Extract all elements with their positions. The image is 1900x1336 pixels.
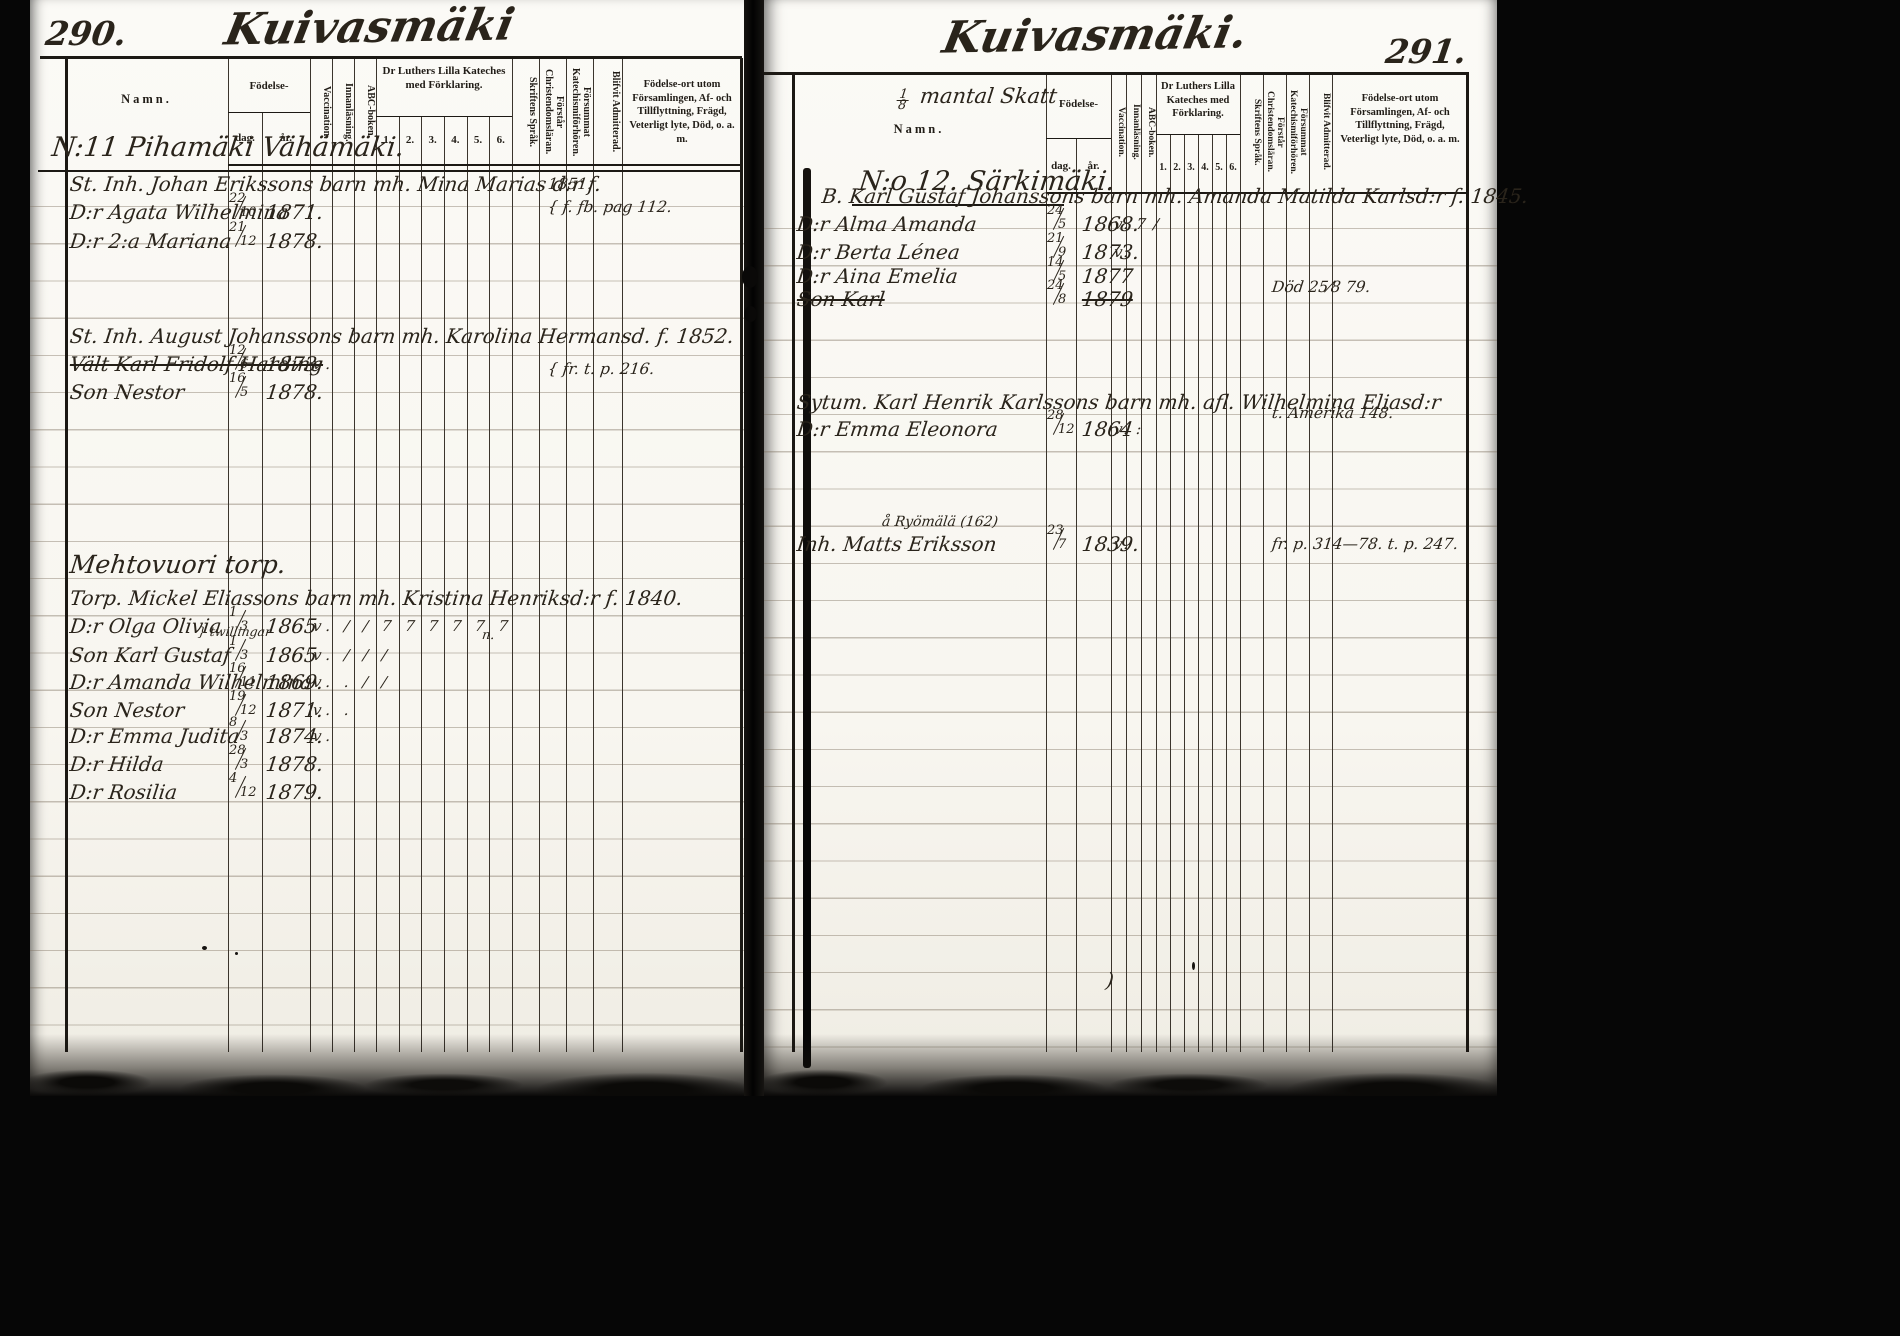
person-name: D:r Rosilia (69, 780, 179, 804)
column-header-birth: Födelse- (228, 80, 310, 92)
person-name: Son Nestor (69, 698, 186, 722)
person-name: D:r Aina Emelia (796, 264, 960, 288)
page-right: Kuivasmäki. 291. 18 mantal Skatt Namn. F… (764, 0, 1497, 1096)
table-row: Son Karl 248 1879 Död 25⁄8 79. (764, 287, 1497, 317)
page-bottom-edge (30, 1034, 744, 1096)
birth-day-fraction: 2812 (1048, 410, 1074, 438)
birth-day-fraction: 13 (230, 636, 256, 664)
person-name: Son Karl Gustaf (69, 643, 233, 667)
remark: 1851. (547, 175, 594, 193)
birth-day-fraction: 412 (230, 773, 256, 801)
birth-year: 1878. (265, 229, 325, 253)
person-name: Inh. Matts Eriksson (796, 532, 999, 556)
remark: { fr. t. p. 216. (547, 360, 656, 378)
catechism-col-2: 2. (1170, 162, 1184, 173)
table-row: St. Inh. August Johanssons barn mh. Karo… (30, 324, 744, 354)
catechism-col-6: 6. (489, 134, 512, 146)
mantal-note: 18 mantal Skatt (895, 84, 1058, 111)
title-rule (40, 56, 742, 59)
column-header-understands: Förstår Christendomsläran. (540, 62, 565, 162)
birth-day-fraction: 13 (230, 607, 256, 635)
page-title: Kuivasmäki (221, 0, 519, 56)
birth-day-fraction: 165 (230, 373, 256, 401)
person-name: D:r Emma Judita (69, 724, 242, 748)
remark: { f. fb. pag 112. (547, 198, 673, 216)
column-header-name: Namn. (65, 92, 228, 107)
column-header-reading: Innanläsning. (1127, 76, 1141, 188)
person-name: Son Karl (796, 287, 887, 311)
ink-speck (1192, 962, 1195, 970)
column-header-understands: Förstår Christendomsläran. (1264, 76, 1285, 188)
person-name: D:r Emma Eleonora (796, 417, 1000, 441)
birth-day-fraction: 2112 (230, 222, 256, 250)
binding-ink-blob (744, 306, 757, 322)
birth-day-fraction: 126 (230, 345, 256, 373)
column-header-scripture: Skriftens Språk. (513, 62, 538, 162)
catechism-col-4: 4. (1198, 162, 1212, 173)
mantal-fraction: 18 (895, 90, 910, 111)
birth-year: 1879 (1081, 287, 1135, 311)
header-bottom-rule (228, 164, 740, 166)
column-header-birth: Födelse- (1046, 98, 1111, 110)
person-name: St. Inh. Johan Erikssons barn mh. Mina M… (69, 172, 603, 196)
birth-year: 1877 (1081, 264, 1135, 288)
marks: v. / / / (312, 646, 394, 664)
table-row: D:r Alma Amanda 245 1868. v. 7 / (764, 212, 1497, 242)
page-number: 291. (1383, 32, 1469, 71)
column-header-name: Namn. (792, 122, 1046, 137)
table-row: D:r Hilda 283 1878. (30, 752, 744, 782)
birth-day-fraction: 283 (230, 745, 256, 773)
table-row: D:r Rosilia 412 1879. (30, 780, 744, 810)
table-row: D:r Amanda Wilhelmina 1611 1869. v. . / … (30, 670, 744, 700)
margin-note: å Ryömälä (162) (881, 514, 999, 530)
column-header-remarks: Födelse-ort utom Församlingen, Af- och T… (1336, 92, 1464, 147)
marks: v. . / / (312, 673, 394, 691)
birth-day-fraction: 237 (1048, 525, 1074, 553)
birth-day-fraction: 245 (1048, 205, 1074, 233)
birth-year: 1878. (265, 752, 325, 776)
table-row: B. Karl Gustaf Johanssons barn mh. Amand… (764, 184, 1497, 214)
table-row: Son Karl Gustaf 13 1865 v. / / / (30, 643, 744, 673)
marks: v. . (312, 701, 356, 719)
birth-year: 1871. (265, 200, 325, 224)
ruled-lines (764, 192, 1497, 1052)
ink-speck (235, 952, 238, 955)
table-row: D:r Emma Judita 83 1874. v. (30, 724, 744, 754)
catechism-divider (376, 116, 512, 117)
remark: fr. p. 314—78. t. p. 247. (1271, 535, 1459, 553)
page-number: 290. (43, 14, 129, 53)
person-name: D:r Hilda (69, 752, 166, 776)
table-row: D:r Olga Olivia } twillingar 13 1865 v. … (30, 614, 744, 644)
birth-year: 1879. (265, 780, 325, 804)
person-name: D:r 2:a Mariana (69, 229, 233, 253)
marks: v. : (1113, 420, 1146, 438)
table-row: D:r Agata Wilhelmina 2210 1871. { f. fb.… (30, 200, 744, 230)
birth-year: 1865 (265, 643, 319, 667)
table-row: D:r Emma Eleonora 2812 1864 v. : (764, 417, 1497, 447)
table-row: Son Nestor 165 1878. (30, 380, 744, 410)
birth-year: 1865 (265, 614, 319, 638)
birth-day-fraction: 248 (1048, 280, 1074, 308)
marks: v. 7 / (1113, 215, 1163, 233)
column-header-catechism: Dr Luthers Lilla Kateches med Förklaring… (1156, 80, 1240, 121)
title-rule (764, 72, 1466, 75)
book-binding (744, 0, 764, 1096)
column-header-missed: Försummat Katechismiförhören. (567, 62, 592, 162)
remark: Död 25⁄8 79. (1271, 278, 1372, 296)
birth-year: 1873 (265, 352, 319, 376)
column-header-remarks: Födelse-ort utom Församlingen, Af- och T… (626, 78, 738, 146)
catechism-col-1: 1. (1156, 162, 1170, 173)
section-heading: Mehtovuori torp. (68, 550, 287, 579)
table-row: Torp. Mickel Eliassons barn mh. Kristina… (30, 586, 744, 616)
catechism-col-3: 3. (421, 134, 444, 146)
person-name: D:r Alma Amanda (796, 212, 979, 236)
page-left: 290. Kuivasmäki Namn. Födelse- dag. år. … (30, 0, 744, 1096)
birth-day-fraction: 1611 (230, 663, 256, 691)
person-name: B. Karl Gustaf Johanssons barn mh. Amand… (821, 184, 1530, 208)
catechism-divider (1156, 134, 1240, 135)
birth-day-fraction: 83 (230, 717, 256, 745)
table-row: D:r 2:a Mariana 2112 1878. (30, 229, 744, 259)
catechism-col-6: 6. (1226, 162, 1240, 173)
catechism-col-5: 5. (1212, 162, 1226, 173)
birth-divider (228, 112, 310, 113)
birth-day-fraction: 2210 (230, 193, 256, 221)
marks: v. (312, 355, 338, 373)
column-header-catechism: Dr Luthers Lilla Kateches med Förklaring… (378, 64, 510, 93)
page-bottom-edge (764, 1034, 1497, 1096)
catechism-col-3: 3. (1184, 162, 1198, 173)
margin-note: n. (481, 628, 495, 643)
section-heading: N:11 Pihamäki Vähämäki. (50, 132, 406, 163)
column-header-admitted: Blifvit Admitterad. (1310, 76, 1331, 188)
page-title: Kuivasmäki. (938, 7, 1251, 63)
person-name: D:r Berta Lénea (796, 240, 962, 264)
table-row: Sytum. Karl Henrik Karlssons barn mh. af… (764, 390, 1497, 420)
column-header-admitted: Blifvit Admitterad. (594, 62, 621, 162)
mantal-text: mantal Skatt (919, 84, 1059, 108)
catechism-col-4: 4. (444, 134, 467, 146)
marks: v. (1113, 535, 1133, 553)
column-header-scripture: Skriftens Språk. (1241, 76, 1262, 188)
birth-divider (1046, 138, 1111, 139)
binding-ink-blob (742, 266, 758, 288)
column-header-abc-book: ABC-boken. (1142, 76, 1156, 188)
catechism-number-headers: 1. 2. 3. 4. 5. 6. (1156, 162, 1240, 173)
column-header-missed: Försummat Katechismiförhören. (1287, 76, 1308, 188)
person-name: D:r Agata Wilhelmina (69, 200, 290, 224)
marks: v. (1113, 243, 1133, 261)
ink-speck (202, 946, 207, 950)
table-row: å Ryömälä (162) Inh. Matts Eriksson 237 … (764, 532, 1497, 562)
person-name: St. Inh. August Johanssons barn mh. Karo… (69, 324, 736, 348)
birth-year: 1878. (265, 380, 325, 404)
person-name: Torp. Mickel Eliassons barn mh. Kristina… (69, 586, 684, 610)
scanned-parish-register: { "header_labels": { "name": "Namn.", "b… (0, 0, 1900, 1336)
table-row: Vält Karl Fridolf Harding 126 1873 v. { … (30, 352, 744, 382)
catechism-col-5: 5. (467, 134, 490, 146)
marks: v. (312, 727, 338, 745)
person-name: Son Nestor (69, 380, 186, 404)
